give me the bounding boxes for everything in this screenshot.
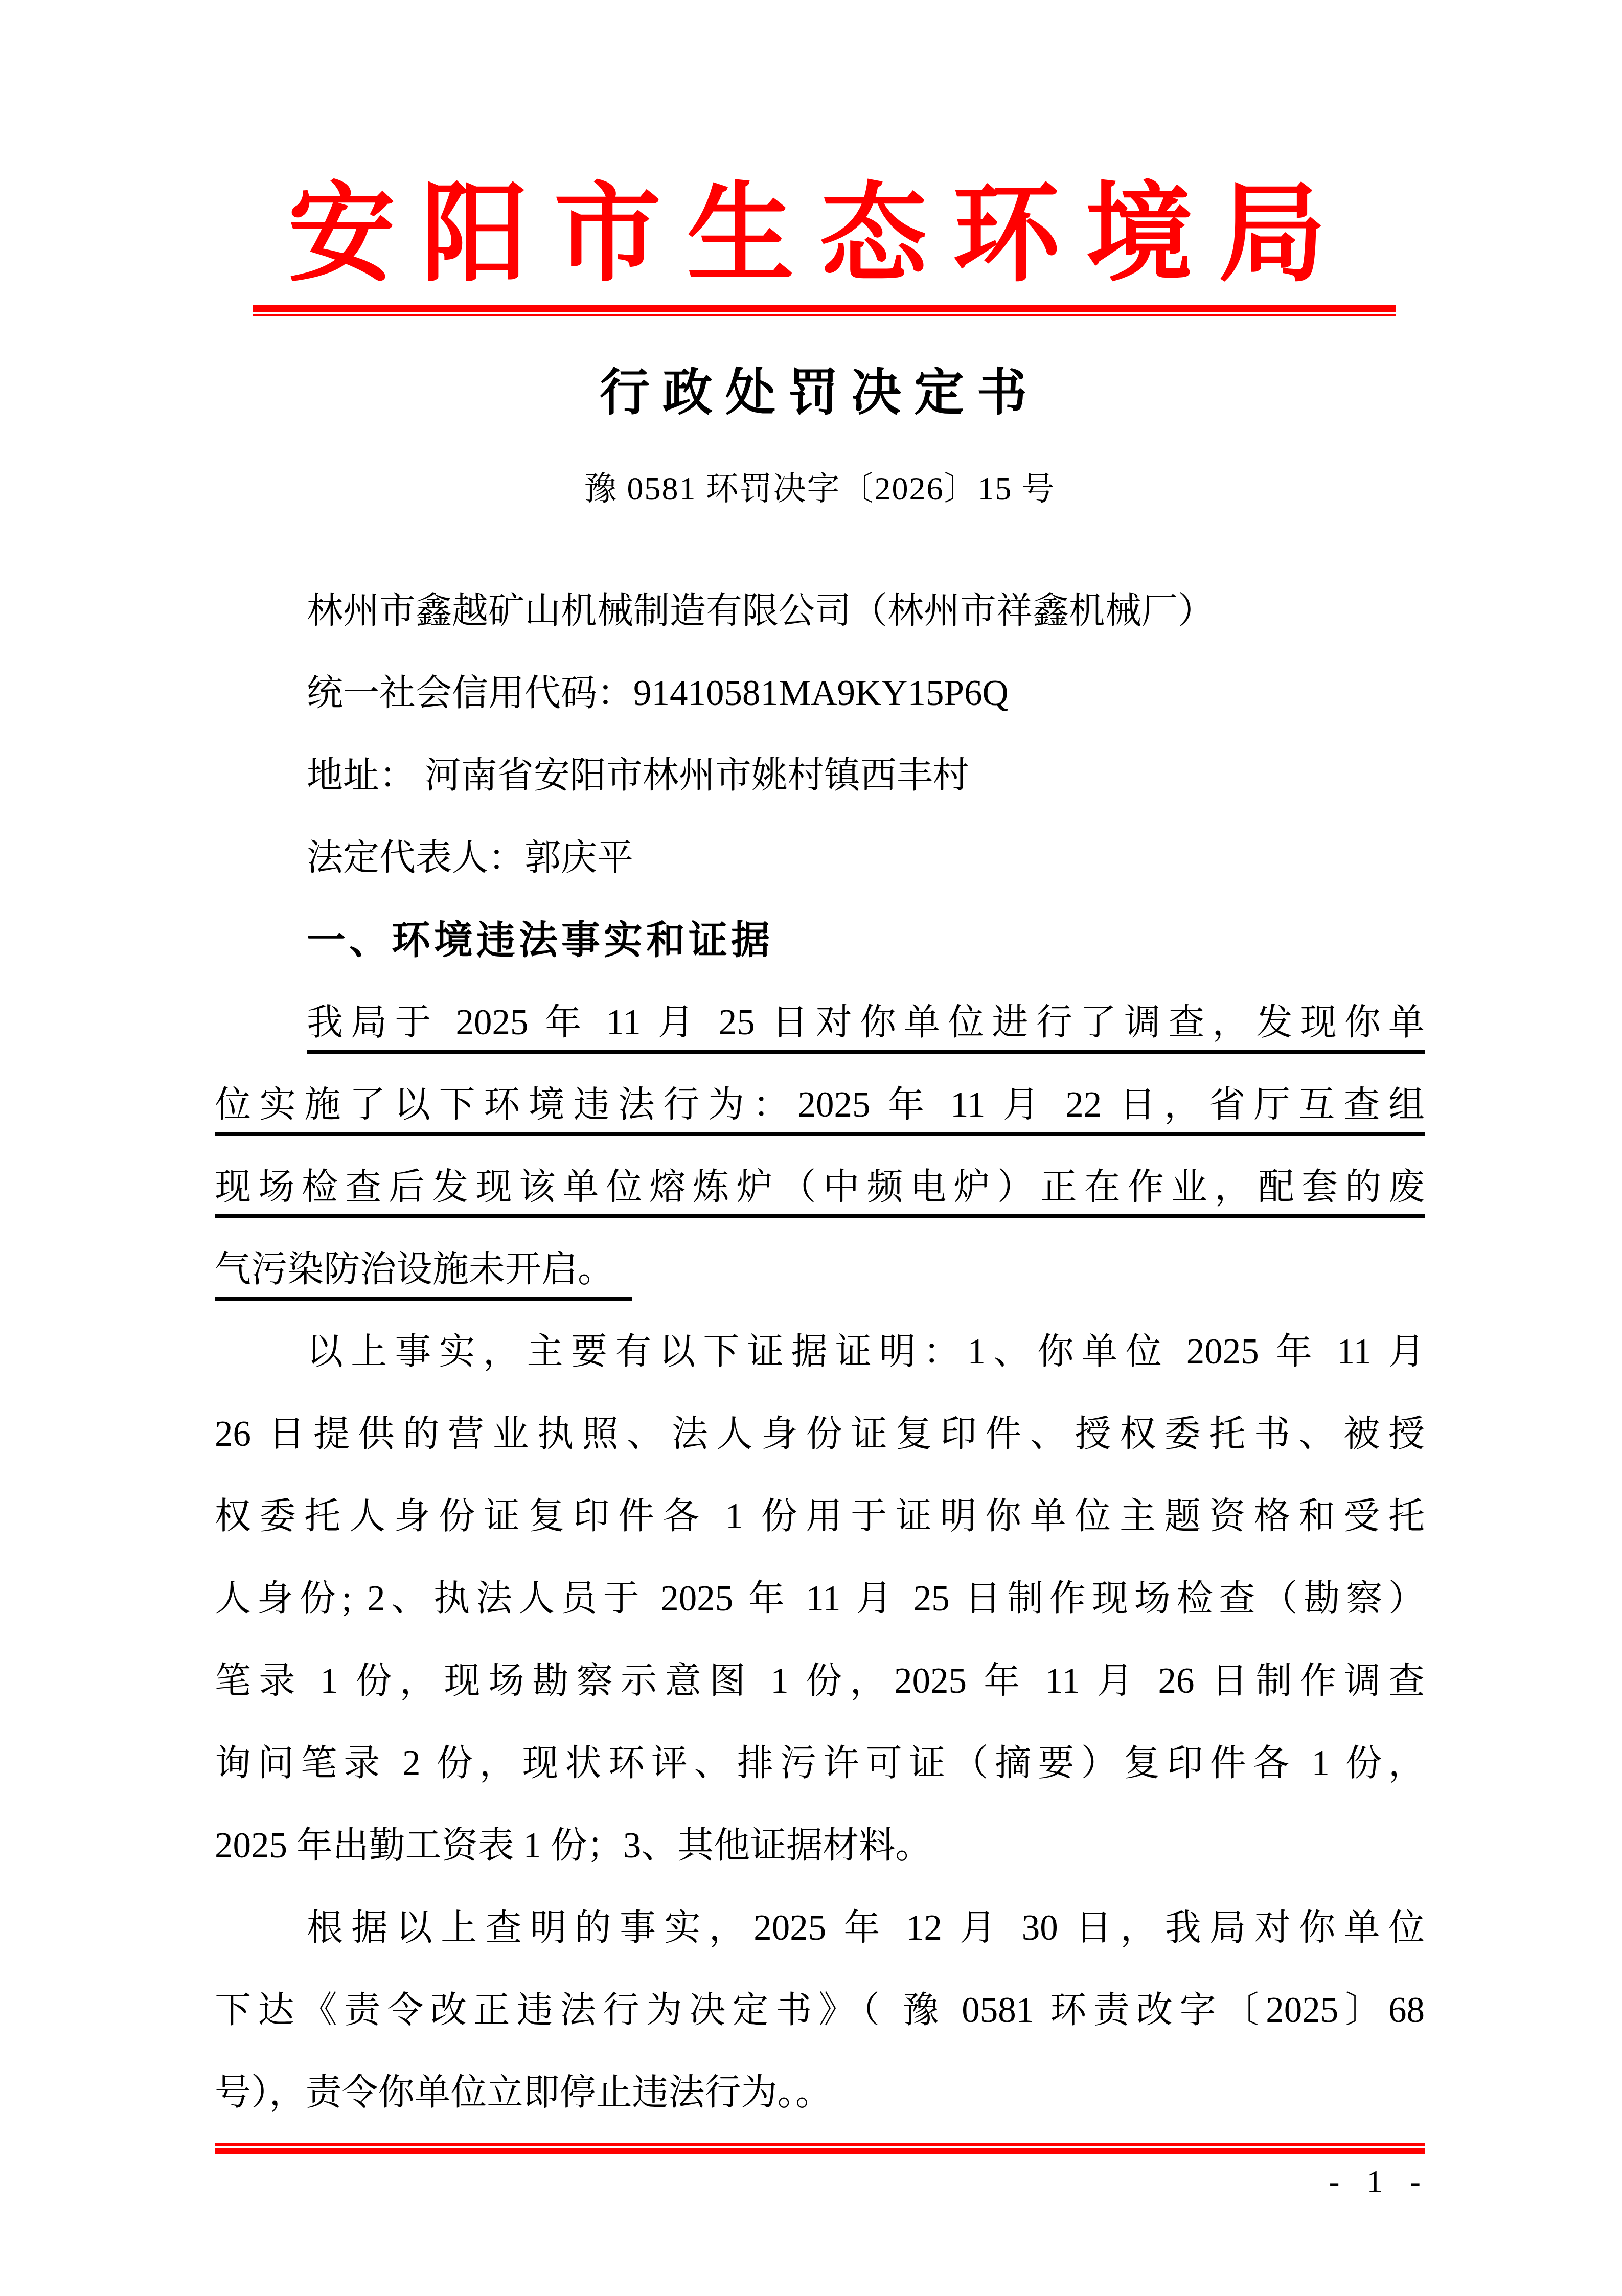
document-number: 豫 0581 环罚决字〔2026〕15 号 bbox=[215, 468, 1425, 510]
footer-divider-thick-line bbox=[215, 2148, 1425, 2154]
facts-paragraph-line: 气污染防治设施未开启。 bbox=[215, 1229, 1425, 1311]
page-number: - 1 - bbox=[1329, 2162, 1423, 2201]
party-legal-representative-line: 法定代表人：郭庆平 bbox=[215, 817, 1425, 899]
agency-name: 安阳市生态环境局 bbox=[215, 181, 1425, 289]
section-heading-facts-and-evidence: 一、环境违法事实和证据 bbox=[215, 899, 1425, 982]
evidence-paragraph-line: 人身份; 2、执法人员于 2025 年 11 月 25 日制作现场检查（勘察） bbox=[215, 1558, 1425, 1640]
evidence-paragraph-line: 询问笔录 2 份，现状环评、排污许可证（摘要）复印件各 1 份， bbox=[215, 1722, 1425, 1805]
party-company-line: 林州市鑫越矿山机械制造有限公司（林州市祥鑫机械厂） bbox=[215, 570, 1425, 652]
facts-paragraph-line: 位实施了以下环境违法行为：2025 年 11 月 22 日，省厅互查组 bbox=[215, 1064, 1425, 1146]
order-paragraph-line: 下达《责令改正违法行为决定书》（ 豫 0581 环责改字〔2025〕68 bbox=[215, 1969, 1425, 2052]
header-divider-thick-line bbox=[253, 305, 1396, 312]
header-divider bbox=[253, 305, 1396, 316]
penalty-decision-page: 安阳市生态环境局 行政处罚决定书 豫 0581 环罚决字〔2026〕15 号 林… bbox=[0, 0, 1622, 2296]
facts-paragraph-line: 现场检查后发现该单位熔炼炉（中频电炉）正在作业，配套的废 bbox=[215, 1146, 1425, 1229]
evidence-paragraph-line: 以上事实，主要有以下证据证明：1、你单位 2025 年 11 月 bbox=[215, 1311, 1425, 1393]
order-paragraph-line: 号），责令你单位立即停止违法行为。。 bbox=[215, 2052, 1425, 2134]
evidence-paragraph-line: 笔录 1 份，现场勘察示意图 1 份，2025 年 11 月 26 日制作调查 bbox=[215, 1640, 1425, 1722]
footer-divider bbox=[215, 2143, 1425, 2154]
party-address-line: 地址： 河南省安阳市林州市姚村镇西丰村 bbox=[215, 735, 1425, 817]
document-title: 行政处罚决定书 bbox=[215, 362, 1425, 424]
evidence-paragraph-line: 26 日提供的营业执照、法人身份证复印件、授权委托书、被授 bbox=[215, 1393, 1425, 1475]
document-header: 安阳市生态环境局 行政处罚决定书 豫 0581 环罚决字〔2026〕15 号 bbox=[0, 181, 1622, 510]
evidence-paragraph-line: 权委托人身份证复印件各 1 份用于证明你单位主题资格和受托 bbox=[215, 1475, 1425, 1558]
evidence-paragraph-line: 2025 年出勤工资表 1 份；3、其他证据材料。 bbox=[215, 1805, 1425, 1887]
header-divider-thin-line bbox=[253, 314, 1396, 316]
facts-paragraph-line: 我局于 2025 年 11 月 25 日对你单位进行了调查，发现你单 bbox=[215, 982, 1425, 1064]
document-body: 林州市鑫越矿山机械制造有限公司（林州市祥鑫机械厂） 统一社会信用代码：91410… bbox=[215, 570, 1425, 2134]
order-paragraph-line: 根据以上查明的事实，2025 年 12 月 30 日，我局对你单位 bbox=[215, 1887, 1425, 1969]
party-credit-code-line: 统一社会信用代码：91410581MA9KY15P6Q bbox=[215, 652, 1425, 735]
footer-divider-thin-line bbox=[215, 2143, 1425, 2146]
